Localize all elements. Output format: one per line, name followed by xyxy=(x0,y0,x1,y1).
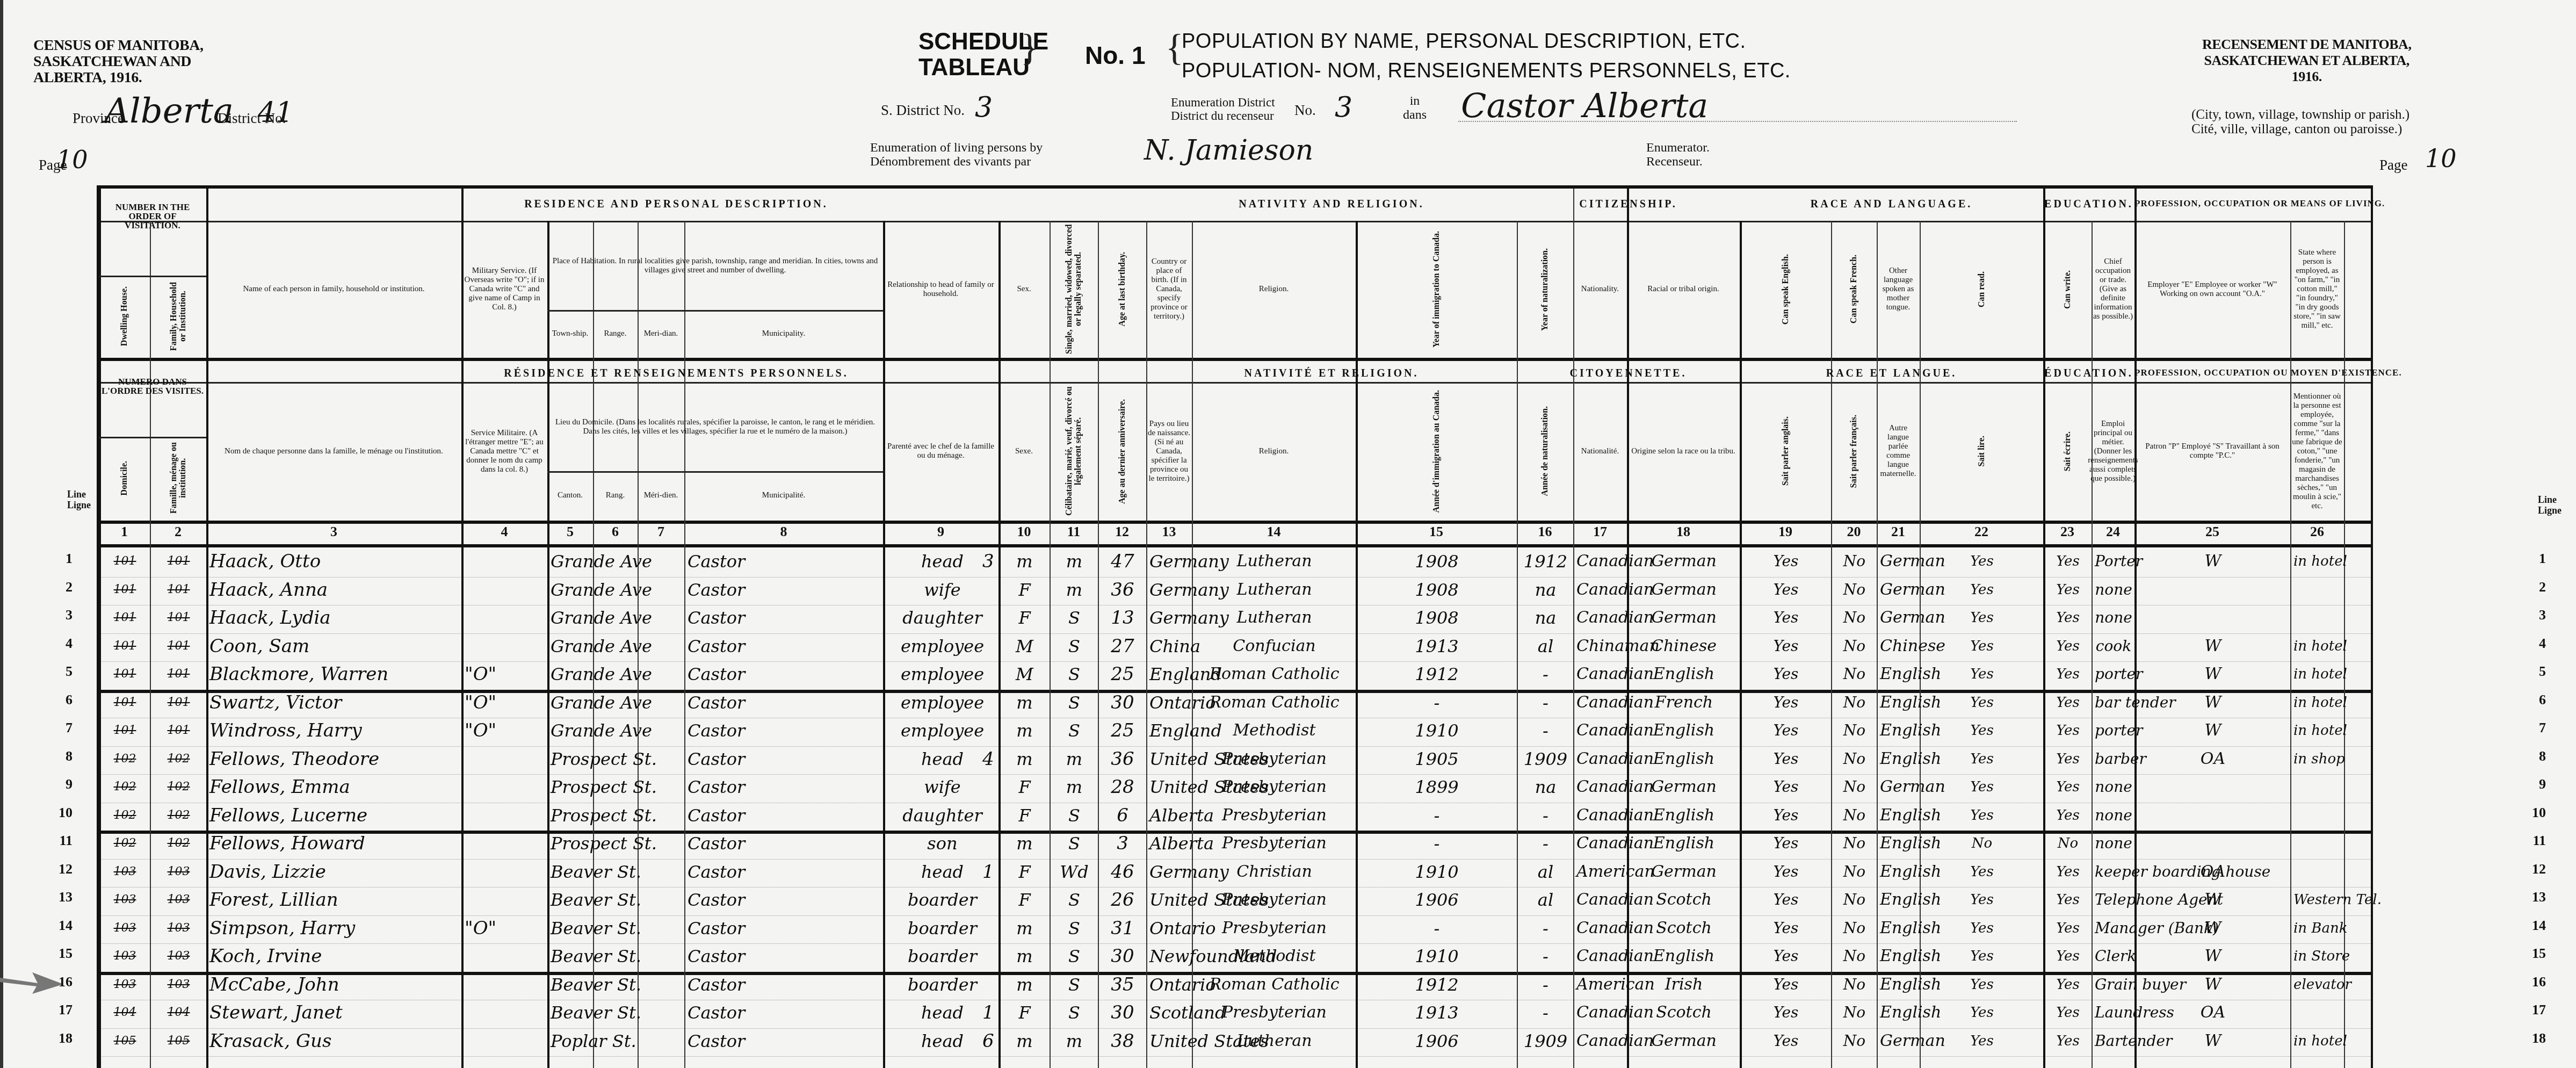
line-number: 9 xyxy=(51,776,73,792)
row-guide xyxy=(99,915,2371,916)
cell-write: Yes xyxy=(2046,550,2089,573)
cell-imm: 1899 xyxy=(1359,775,1515,799)
section-title-education-fr: ÉDUCATION. xyxy=(2043,367,2134,380)
cell-rel: wife xyxy=(887,775,997,799)
column-header-c1: Dwelling House. xyxy=(99,277,150,356)
column-header-c17: Nationality. xyxy=(1573,223,1627,356)
line-number: 13 xyxy=(2524,889,2546,905)
cell-street: Beaver St. xyxy=(551,888,641,912)
cell-c1: 102 xyxy=(102,747,148,771)
header-text: Autre langue parlée comme langue materne… xyxy=(1878,424,1919,479)
column-header-c20-fr: Sait parler français. xyxy=(1831,384,1877,518)
cell-read: Yes xyxy=(1923,860,2041,884)
cell-fr: No xyxy=(1834,860,1875,884)
cell-ms: m xyxy=(1053,1029,1096,1053)
enumerator-en: Enumerator. xyxy=(1646,141,1710,155)
cell-age: 47 xyxy=(1101,550,1144,573)
title-line: CENSUS OF MANITOBA, xyxy=(33,38,203,54)
line-number: 17 xyxy=(51,1002,73,1018)
cell-nat: - xyxy=(1520,973,1571,997)
cell-ms: S xyxy=(1053,832,1096,855)
section-title-nativity-fr: NATIVITÉ ET RELIGION. xyxy=(1146,367,1517,380)
cell-nationality: Canadian xyxy=(1576,606,1625,630)
cell-birth: England xyxy=(1149,662,1190,686)
cell-age: 35 xyxy=(1101,973,1144,997)
line-number: 18 xyxy=(51,1030,73,1047)
census-title-fr: RECENSEMENT DE MANITOBA, SASKATCHEWAN ET… xyxy=(2202,37,2411,85)
cell-write: Yes xyxy=(2046,662,2089,686)
cell-occ: none xyxy=(2095,606,2132,630)
cell-age: 36 xyxy=(1101,747,1144,771)
cell-sex: M xyxy=(1002,662,1047,686)
cell-occ: Grain buyer xyxy=(2095,973,2132,997)
cell-read: Yes xyxy=(1923,804,2041,827)
cell-occ: Laundress xyxy=(2095,1001,2132,1024)
cell-sex: m xyxy=(1002,944,1047,968)
cell-where: in Bank xyxy=(2293,917,2342,940)
cell-c1: 103 xyxy=(102,973,148,997)
cell-age: 30 xyxy=(1101,1001,1144,1024)
cell-read: Yes xyxy=(1923,578,2041,602)
column-header-c18-fr: Origine selon la race ou la tribu. xyxy=(1627,384,1740,518)
cell-muni: Castor xyxy=(688,888,745,912)
enumerator-signature: N. Jamieson xyxy=(1144,134,1313,167)
cell-age: 30 xyxy=(1101,944,1144,968)
cell-imm: - xyxy=(1359,832,1515,855)
cell-name: Fellows, Lucerne xyxy=(209,804,367,827)
cell-c1: 101 xyxy=(102,691,148,715)
cell-imm: 1906 xyxy=(1359,888,1515,912)
row-guide xyxy=(99,803,2371,803)
cell-c2: 103 xyxy=(153,944,204,968)
cell-c2: 101 xyxy=(153,550,204,573)
cell-sex: m xyxy=(1002,1029,1047,1053)
cell-name: Haack, Anna xyxy=(209,578,328,602)
column-header-c21: Other language spoken as mother tongue. xyxy=(1877,223,1920,356)
place-value: Castor Alberta xyxy=(1461,86,1708,125)
cell-name: Stewart, Janet xyxy=(209,1001,343,1024)
header-text: Town-ship. xyxy=(552,329,589,338)
cell-c2: 101 xyxy=(153,662,204,686)
cell-rel: head xyxy=(887,550,997,573)
cell-religion: Confucian xyxy=(1195,634,1354,658)
cell-nat: - xyxy=(1520,917,1571,940)
column-number: 24 xyxy=(2092,524,2134,540)
rule xyxy=(99,382,2371,384)
header-text: Relationship to head of family or househ… xyxy=(884,280,997,299)
cell-eng: Yes xyxy=(1743,775,1829,799)
cell-fr: No xyxy=(1834,662,1875,686)
column-header-c6-fr: Rang. xyxy=(593,473,638,518)
cell-emp: W xyxy=(2138,1029,2288,1053)
row-guide xyxy=(99,718,2371,718)
cell-write: Yes xyxy=(2046,606,2089,630)
header-text: Pays ou lieu de naissance. (Si né au Can… xyxy=(1147,420,1191,484)
line-number: 4 xyxy=(51,636,73,652)
cell-c1: 104 xyxy=(102,1001,148,1024)
header-text: Nationalité. xyxy=(1581,447,1619,456)
rule xyxy=(99,358,2371,361)
cell-muni: Castor xyxy=(688,719,745,742)
cell-where: Western Tel. xyxy=(2293,888,2342,912)
cell-emp: W xyxy=(2138,944,2288,968)
column-header-c25: Employer "E" Employee or worker "W" Work… xyxy=(2134,223,2290,356)
cell-rel: son xyxy=(887,832,997,855)
cell-birth: Newfoundland xyxy=(1149,944,1190,968)
cell-eng: Yes xyxy=(1743,550,1829,573)
cell-birth: Germany xyxy=(1149,606,1190,630)
line-number: 10 xyxy=(2524,805,2546,821)
cell-origin: German xyxy=(1630,550,1738,573)
in-dans-label: in dans xyxy=(1403,94,1427,122)
cell-age: 28 xyxy=(1101,775,1144,799)
column-header-c1-fr: Domicile. xyxy=(99,438,150,518)
cell-c1: 101 xyxy=(102,662,148,686)
cell-name: McCabe, John xyxy=(209,973,339,997)
cell-street: Beaver St. xyxy=(551,973,641,997)
line-number: 8 xyxy=(2524,748,2546,764)
column-header-c23-fr: Sait écrire. xyxy=(2043,384,2092,518)
cell-nationality: Canadian xyxy=(1576,662,1625,686)
cell-fr: No xyxy=(1834,944,1875,968)
cell-c4: "O" xyxy=(465,662,496,686)
cell-street: Prospect St. xyxy=(551,775,657,799)
column-header-c14: Religion. xyxy=(1192,223,1356,356)
cell-muni: Castor xyxy=(688,944,745,968)
cell-eng: Yes xyxy=(1743,1001,1829,1024)
cell-nationality: Canadian xyxy=(1576,747,1625,771)
cell-fr: No xyxy=(1834,550,1875,573)
cell-read: Yes xyxy=(1923,944,2041,968)
cell-tongue: German xyxy=(1880,606,1917,630)
line-number: 7 xyxy=(51,720,73,736)
column-header-c13: Country or place of birth. (If in Canada… xyxy=(1146,223,1192,356)
cell-fr: No xyxy=(1834,917,1875,940)
cell-origin: English xyxy=(1630,832,1738,855)
section-title-profession-fr: PROFESSION, OCCUPATION OU MOYEN D'EXISTE… xyxy=(2134,367,2371,378)
enum-living-en: Enumeration of living persons by xyxy=(870,141,1043,155)
line-number: 2 xyxy=(51,579,73,595)
cell-c1: 101 xyxy=(102,606,148,630)
cell-eng: Yes xyxy=(1743,719,1829,742)
column-header-c7: Meri-dian. xyxy=(638,312,684,356)
column-header-c4-fr: Service Militaire. (A l'étranger mettre … xyxy=(461,384,547,518)
cell-origin: English xyxy=(1630,719,1738,742)
header-text: Municipality. xyxy=(762,329,805,338)
row-guide xyxy=(99,746,2371,747)
column-header-place: Place of Habitation. In rural localities… xyxy=(547,223,883,309)
cell-fr: No xyxy=(1834,1001,1875,1024)
column-header-c11-fr: Célibataire, marié, veuf, divorcé ou lég… xyxy=(1050,384,1098,518)
cell-tongue: German xyxy=(1880,550,1917,573)
place-underline xyxy=(1458,121,2017,122)
column-header-c26: State where person is employed, as "on f… xyxy=(2290,223,2344,356)
cell-age: 6 xyxy=(1101,804,1144,827)
enum-living-fr: Dénombrement des vivants par xyxy=(870,155,1043,169)
cell-nat: na xyxy=(1520,578,1571,602)
section-title-profession: PROFESSION, OCCUPATION OR MEANS OF LIVIN… xyxy=(2134,198,2371,209)
column-header-c11: Single, married, widowed, divorced or le… xyxy=(1050,223,1098,356)
place-hint-en: (City, town, village, township or parish… xyxy=(2191,107,2409,122)
column-number: 10 xyxy=(998,524,1050,540)
column-header-place-fr: Lieu du Domicile. (Dans les localités ru… xyxy=(547,384,883,470)
column-number: 21 xyxy=(1877,524,1920,540)
title-line: RECENSEMENT DE MANITOBA, xyxy=(2202,37,2411,53)
cell-c4: "O" xyxy=(465,917,496,940)
cell-read: No xyxy=(1923,832,2041,855)
cell-street: Grande Ave xyxy=(551,550,652,573)
column-header-c8-fr: Municipalité. xyxy=(684,473,883,518)
column-number: 3 xyxy=(206,524,461,540)
cell-nat: 1912 xyxy=(1520,550,1571,573)
cell-religion: Presbyterian xyxy=(1195,832,1354,855)
cell-nationality: Canadian xyxy=(1576,691,1625,715)
header-text: Nationality. xyxy=(1581,285,1619,294)
cell-name: Haack, Lydia xyxy=(209,606,331,630)
column-header-c19: Can speak English. xyxy=(1740,223,1831,356)
cell-ms: m xyxy=(1053,550,1096,573)
header-text: Famille, ménage ou institution. xyxy=(169,439,187,517)
cell-emp: W xyxy=(2138,550,2288,573)
cell-occ: bar tender xyxy=(2095,691,2132,715)
cell-imm: 1910 xyxy=(1359,944,1515,968)
cell-c2: 105 xyxy=(153,1029,204,1053)
cell-tongue: German xyxy=(1880,775,1917,799)
place-hint: (City, town, village, township or parish… xyxy=(2191,107,2409,136)
cell-c2: 101 xyxy=(153,691,204,715)
cell-tongue: English xyxy=(1880,662,1917,686)
cell-tongue: Chinese xyxy=(1880,634,1917,658)
cell-occ: cook xyxy=(2095,634,2132,658)
header-text: Year of naturalization. xyxy=(1540,248,1550,331)
cell-religion: Presbyterian xyxy=(1195,804,1354,827)
row-guide xyxy=(99,1056,2371,1057)
cell-origin: German xyxy=(1630,1029,1738,1053)
page-value-left: 10 xyxy=(56,145,88,174)
column-number: 12 xyxy=(1098,524,1146,540)
cell-c1: 102 xyxy=(102,832,148,855)
column-header-c6: Range. xyxy=(593,312,638,356)
line-fr: Ligne xyxy=(67,500,91,510)
cell-origin: German xyxy=(1630,606,1738,630)
cell-eng: Yes xyxy=(1743,973,1829,997)
cell-religion: Roman Catholic xyxy=(1195,691,1354,715)
cell-tongue: English xyxy=(1880,719,1917,742)
cell-sex: M xyxy=(1002,634,1047,658)
column-header-c10: Sex. xyxy=(998,223,1050,356)
line-label-right: Line Ligne xyxy=(2538,494,2561,516)
cell-rel: head xyxy=(887,747,997,771)
line-number: 2 xyxy=(2524,579,2546,595)
cell-religion: Presbyterian xyxy=(1195,1001,1354,1024)
cell-occ: Bartender xyxy=(2095,1029,2132,1053)
cell-nationality: Canadian xyxy=(1576,832,1625,855)
cell-ms: S xyxy=(1053,804,1096,827)
cell-age: 31 xyxy=(1101,917,1144,940)
cell-nationality: American xyxy=(1576,860,1625,884)
header-text: Année d'immigration au Canada. xyxy=(1432,390,1441,513)
line-en: Line xyxy=(67,489,91,500)
cell-nat: - xyxy=(1520,804,1571,827)
line-number: 3 xyxy=(51,607,73,623)
column-number: 4 xyxy=(461,524,547,540)
cell-sex: m xyxy=(1002,973,1047,997)
cell-eng: Yes xyxy=(1743,634,1829,658)
column-header-c9: Relationship to head of family or househ… xyxy=(883,223,998,356)
cell-where: in hotel xyxy=(2293,634,2342,658)
cell-ms: S xyxy=(1053,888,1096,912)
cell-write: Yes xyxy=(2046,888,2089,912)
cell-sex: m xyxy=(1002,719,1047,742)
cell-nat: - xyxy=(1520,662,1571,686)
cell-where: in shop xyxy=(2293,747,2342,771)
line-number: 10 xyxy=(51,805,73,821)
cell-tongue: English xyxy=(1880,691,1917,715)
cell-nat: al xyxy=(1520,634,1571,658)
cell-where: elevator xyxy=(2293,973,2342,997)
cell-birth: China xyxy=(1149,634,1190,658)
header-text: Age au dernier anniversaire. xyxy=(1118,399,1127,504)
cell-street: Grande Ave xyxy=(551,634,652,658)
cell-occ: keeper boarding house xyxy=(2095,860,2132,884)
cell-write: Yes xyxy=(2046,775,2089,799)
cell-c1: 102 xyxy=(102,804,148,827)
cell-nationality: Canadian xyxy=(1576,917,1625,940)
column-header-c17-fr: Nationalité. xyxy=(1573,384,1627,518)
cell-nationality: Canadian xyxy=(1576,578,1625,602)
cell-name: Windross, Harry xyxy=(209,719,362,742)
section-title-education: EDUCATION. xyxy=(2043,198,2134,211)
cell-origin: German xyxy=(1630,578,1738,602)
line-number: 1 xyxy=(51,551,73,567)
cell-religion: Roman Catholic xyxy=(1195,973,1354,997)
cell-write: Yes xyxy=(2046,634,2089,658)
cell-ms: S xyxy=(1053,634,1096,658)
cell-age: 3 xyxy=(1101,832,1144,855)
cell-imm: - xyxy=(1359,691,1515,715)
cell-read: Yes xyxy=(1923,888,2041,912)
cell-sex: m xyxy=(1002,691,1047,715)
column-header-c3: Name of each person in family, household… xyxy=(206,223,461,356)
cell-occ: Porter xyxy=(2095,550,2132,573)
cell-nationality: Canadian xyxy=(1576,1001,1625,1024)
cell-religion: Presbyterian xyxy=(1195,775,1354,799)
column-number: 20 xyxy=(1831,524,1877,540)
cell-nationality: Canadian xyxy=(1576,719,1625,742)
cell-religion: Lutheran xyxy=(1195,578,1354,602)
cell-c1: 101 xyxy=(102,634,148,658)
column-header-c18: Racial or tribal origin. xyxy=(1627,223,1740,356)
column-number: 2 xyxy=(150,524,206,540)
enumerator-label: Enumerator. Recenseur. xyxy=(1646,141,1710,169)
cell-c1: 101 xyxy=(102,719,148,742)
cell-c1: 102 xyxy=(102,775,148,799)
line-number: 15 xyxy=(2524,946,2546,962)
header-text: Age at last birthday. xyxy=(1118,252,1127,327)
cell-age: 36 xyxy=(1101,578,1144,602)
line-number: 8 xyxy=(51,748,73,764)
cell-emp: W xyxy=(2138,888,2288,912)
cell-nationality: Canadian xyxy=(1576,804,1625,827)
cell-fr: No xyxy=(1834,578,1875,602)
line-number: 3 xyxy=(2524,607,2546,623)
header-text: Can read. xyxy=(1977,271,1986,307)
column-number: 23 xyxy=(2043,524,2092,540)
cell-nationality: Canadian xyxy=(1576,550,1625,573)
cell-occ: Manager (Bank) xyxy=(2095,917,2132,940)
rule xyxy=(547,471,883,473)
cell-tongue: English xyxy=(1880,860,1917,884)
cell-occ: none xyxy=(2095,804,2132,827)
cell-write: No xyxy=(2046,832,2089,855)
cell-muni: Castor xyxy=(688,578,745,602)
cell-fr: No xyxy=(1834,634,1875,658)
title-line: SASKATCHEWAN AND xyxy=(33,54,203,70)
cell-birth: United States xyxy=(1149,747,1190,771)
cell-read: Yes xyxy=(1923,1029,2041,1053)
cell-c2: 103 xyxy=(153,888,204,912)
column-header-c3-fr: Nom de chaque personne dans la famille, … xyxy=(206,384,461,518)
cell-muni: Castor xyxy=(688,775,745,799)
cell-sex: F xyxy=(1002,578,1047,602)
cell-tongue: English xyxy=(1880,888,1917,912)
row-guide xyxy=(99,774,2371,775)
cell-nat: al xyxy=(1520,860,1571,884)
cell-muni: Castor xyxy=(688,662,745,686)
cell-eng: Yes xyxy=(1743,888,1829,912)
cell-fr: No xyxy=(1834,888,1875,912)
cell-origin: Irish xyxy=(1630,973,1738,997)
column-header-c15: Year of immigration to Canada. xyxy=(1356,223,1517,356)
header-text: Année de naturalisation. xyxy=(1540,406,1550,496)
cell-eng: Yes xyxy=(1743,917,1829,940)
cell-ms: S xyxy=(1053,944,1096,968)
cell-muni: Castor xyxy=(688,832,745,855)
line-number: 14 xyxy=(51,918,73,934)
cell-nat: na xyxy=(1520,606,1571,630)
column-header-c10-fr: Sexe. xyxy=(998,384,1050,518)
cell-tongue: German xyxy=(1880,578,1917,602)
cell-read: Yes xyxy=(1923,747,2041,771)
enum-living-label: Enumeration of living persons by Dénombr… xyxy=(870,141,1043,169)
column-header-c24: Chief occupation or trade. (Give as defi… xyxy=(2092,223,2134,356)
column-header-c13-fr: Pays ou lieu de naissance. (Si né au Can… xyxy=(1146,384,1192,518)
cell-age: 26 xyxy=(1101,888,1144,912)
cell-muni: Castor xyxy=(688,860,745,884)
cell-origin: German xyxy=(1630,775,1738,799)
in-label: in xyxy=(1403,94,1427,108)
cell-imm: - xyxy=(1359,804,1515,827)
cell-muni: Castor xyxy=(688,804,745,827)
line-number: 12 xyxy=(51,861,73,877)
cell-read: Yes xyxy=(1923,691,2041,715)
header-text: Sait parler anglais. xyxy=(1781,416,1790,486)
cell-eng: Yes xyxy=(1743,578,1829,602)
column-header-c16-fr: Année de naturalisation. xyxy=(1517,384,1573,518)
header-text: Célibataire, marié, veuf, divorcé ou lég… xyxy=(1065,385,1083,517)
cell-c2: 102 xyxy=(153,775,204,799)
cell-imm: 1912 xyxy=(1359,662,1515,686)
header-text: Canton. xyxy=(558,491,583,500)
cell-nat: na xyxy=(1520,775,1571,799)
row-guide xyxy=(99,859,2371,860)
line-label-left: Line Ligne xyxy=(67,489,91,510)
cell-c2: 101 xyxy=(153,606,204,630)
cell-sex: F xyxy=(1002,1001,1047,1024)
header-text: Patron "P" Employé "S" Travaillant à son… xyxy=(2136,442,2289,460)
cell-tongue: English xyxy=(1880,832,1917,855)
rule xyxy=(547,310,883,312)
